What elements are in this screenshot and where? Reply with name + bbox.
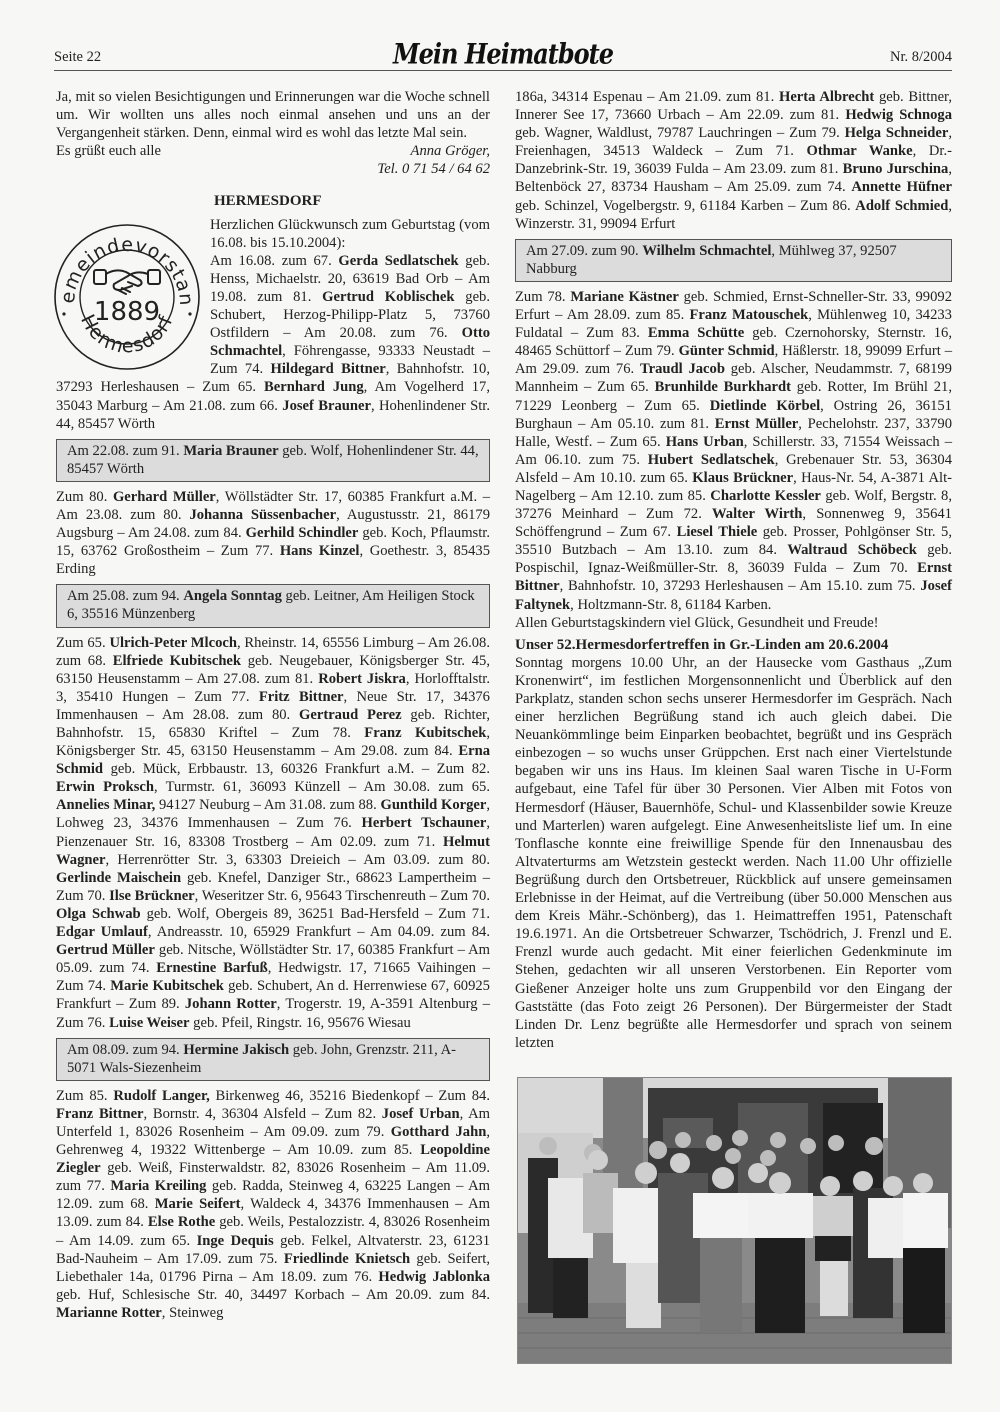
person-name: Ernst Bittner bbox=[515, 560, 952, 594]
person-name: Dietlinde Körbel bbox=[710, 398, 820, 414]
hermesdorf-section: HERMESDORF Gemeindevorstand Hermesdorf bbox=[56, 192, 490, 432]
person-name: Othmar Wanke bbox=[806, 143, 912, 159]
masthead-logo: Mein Heimatbote bbox=[54, 37, 952, 70]
person-name: Hans Urban bbox=[666, 434, 744, 450]
person-name: Helmut Wagner bbox=[56, 834, 490, 868]
person-name: Ernestine Barfuß bbox=[156, 960, 267, 976]
person-name: Franz Kubitschek bbox=[364, 725, 486, 741]
person-name: Erna Schmid bbox=[56, 743, 490, 777]
person-name: Marie Kubitschek bbox=[110, 978, 224, 994]
person-name: Hermine Jakisch bbox=[183, 1042, 289, 1058]
highlight-text: Am 08.09. zum 94. Hermine Jakisch geb. J… bbox=[67, 1041, 479, 1077]
person-name: Brunhilde Burkhardt bbox=[655, 379, 791, 395]
person-name: Franz Matouschek bbox=[689, 307, 808, 323]
highlight-box-maria-brauner: Am 22.08. zum 91. Maria Brauner geb. Wol… bbox=[56, 439, 490, 482]
person-name: Angela Sonntag bbox=[183, 588, 282, 604]
person-name: Luise Weiser bbox=[109, 1015, 189, 1031]
person-name: Herbert Tschauner bbox=[362, 815, 487, 831]
person-name: Klaus Brückner bbox=[692, 470, 793, 486]
person-name: Rudolf Langer, bbox=[113, 1088, 209, 1104]
person-name: Gotthard Jahn bbox=[391, 1124, 487, 1140]
person-name: Waltraud Schöbeck bbox=[787, 542, 917, 558]
person-name: Friedlinde Knietsch bbox=[284, 1251, 410, 1267]
person-name: Traudl Jacob bbox=[640, 361, 725, 377]
signer-name: Anna Gröger, bbox=[411, 142, 490, 160]
right-column: 186a, 34314 Espenau – Am 21.09. zum 81. … bbox=[515, 88, 952, 1052]
person-name: Maria Brauner bbox=[183, 443, 278, 459]
closing-wish: Allen Geburtstagskindern viel Glück, Ges… bbox=[515, 614, 952, 632]
person-name: Walter Wirth bbox=[712, 506, 802, 522]
person-name: Johanna Süssenbacher bbox=[189, 507, 336, 523]
person-name: Gerhard Müller bbox=[113, 489, 216, 505]
person-name: Otto Schmachtel bbox=[210, 325, 490, 359]
person-name: Gertrud Müller bbox=[56, 942, 155, 958]
highlight-text: Am 22.08. zum 91. Maria Brauner geb. Wol… bbox=[67, 442, 479, 478]
person-name: Mariane Kästner bbox=[570, 289, 679, 305]
person-name: Inge Dequis bbox=[197, 1233, 274, 1249]
person-name: Emma Schütte bbox=[648, 325, 744, 341]
person-name: Wilhelm Schmachtel bbox=[642, 243, 771, 259]
birthday-list-6: Zum 78. Mariane Kästner geb. Schmied, Er… bbox=[515, 288, 952, 614]
left-column: Ja, mit so vielen Besichtigungen und Eri… bbox=[56, 88, 490, 1322]
highlight-text: Am 25.08. zum 94. Angela Sonntag geb. Le… bbox=[67, 587, 479, 623]
person-name: Bernhard Jung bbox=[264, 379, 364, 395]
highlight-box-angela-sonntag: Am 25.08. zum 94. Angela Sonntag geb. Le… bbox=[56, 584, 490, 627]
person-name: Hans Kinzel bbox=[280, 543, 360, 559]
signer-phone: Tel. 0 71 54 / 64 62 bbox=[56, 160, 490, 178]
birthday-list-3: Zum 65. Ulrich-Peter Mlcoch, Rheinstr. 1… bbox=[56, 634, 490, 1032]
person-name: Josef Faltynek bbox=[515, 578, 952, 612]
person-name: Ernst Müller bbox=[715, 416, 799, 432]
person-name: Hedwig Jablonka bbox=[378, 1269, 490, 1285]
person-name: Ulrich-Peter Mlcoch bbox=[109, 635, 237, 651]
section-title: HERMESDORF bbox=[214, 192, 490, 210]
person-name: Liesel Thiele bbox=[677, 524, 758, 540]
person-name: Gertraud Perez bbox=[299, 707, 402, 723]
person-name: Marie Seifert bbox=[155, 1196, 241, 1212]
birthday-list-2: Zum 80. Gerhard Müller, Wöllstädter Str.… bbox=[56, 488, 490, 578]
group-photo-image bbox=[518, 1078, 951, 1363]
person-name: Bruno Jurschina bbox=[843, 161, 949, 177]
person-name: Herta Albrecht bbox=[779, 89, 874, 105]
person-name: Gertrud Koblischek bbox=[322, 289, 454, 305]
person-name: Gerlinde Maischein bbox=[56, 870, 181, 886]
article-title: Unser 52.Hermesdorfertreffen in Gr.-Lind… bbox=[515, 636, 952, 654]
birthday-list-4: Zum 85. Rudolf Langer, Birkenweg 46, 352… bbox=[56, 1087, 490, 1322]
person-name: Fritz Bittner bbox=[259, 689, 344, 705]
person-name: Hedwig Schnoga bbox=[845, 107, 952, 123]
person-name: Helga Schneider bbox=[845, 125, 949, 141]
person-name: Annette Hüfner bbox=[851, 179, 952, 195]
person-name: Josef Urban bbox=[382, 1106, 460, 1122]
person-name: Else Rothe bbox=[148, 1214, 215, 1230]
person-name: Marianne Rotter bbox=[56, 1305, 162, 1321]
person-name: Robert Jiskra bbox=[318, 671, 406, 687]
person-name: Gunthild Korger bbox=[380, 797, 486, 813]
signature-row: Es grüßt euch alle Anna Gröger, bbox=[56, 142, 490, 160]
person-name: Elfriede Kubitschek bbox=[113, 653, 241, 669]
person-name: Hubert Sedlatschek bbox=[648, 452, 775, 468]
intro-paragraph: Ja, mit so vielen Besichtigungen und Eri… bbox=[56, 88, 490, 142]
greeting: Es grüßt euch alle bbox=[56, 142, 161, 160]
highlight-box-wilhelm-schmachtel: Am 27.09. zum 90. Wilhelm Schmachtel, Mü… bbox=[515, 239, 952, 282]
person-name: Erwin Proksch bbox=[56, 779, 154, 795]
person-name: Edgar Umlauf bbox=[56, 924, 148, 940]
issue-number: Nr. 8/2004 bbox=[890, 49, 952, 66]
person-name: Leopoldine Ziegler bbox=[56, 1142, 490, 1176]
person-name: Adolf Schmied bbox=[855, 198, 948, 214]
person-name: Josef Brauner bbox=[282, 398, 371, 414]
page-header: Seite 22 Mein Heimatbote Nr. 8/2004 bbox=[54, 30, 952, 71]
person-name: Olga Schwab bbox=[56, 906, 141, 922]
gemeindevorstand-stamp-icon: Gemeindevorstand Hermesdorf 1889 bbox=[52, 222, 202, 372]
person-name: Franz Bittner bbox=[56, 1106, 144, 1122]
person-name: Gerda Sedlatschek bbox=[338, 253, 458, 269]
article-body: Sonntag morgens 10.00 Uhr, an der Hausec… bbox=[515, 654, 952, 1052]
person-name: Günter Schmid bbox=[679, 343, 775, 359]
person-name: Charlotte Kessler bbox=[710, 488, 821, 504]
person-name: Ilse Brückner bbox=[109, 888, 195, 904]
person-name: Annelies Minar, bbox=[56, 797, 155, 813]
birthday-list-5: 186a, 34314 Espenau – Am 21.09. zum 81. … bbox=[515, 88, 952, 233]
person-name: Hildegard Bittner bbox=[271, 361, 386, 377]
svg-text:1889: 1889 bbox=[94, 297, 160, 327]
group-photo bbox=[517, 1077, 952, 1364]
person-name: Maria Kreiling bbox=[110, 1178, 206, 1194]
highlight-text: Am 27.09. zum 90. Wilhelm Schmachtel, Mü… bbox=[526, 242, 941, 278]
highlight-box-hermine-jakisch: Am 08.09. zum 94. Hermine Jakisch geb. J… bbox=[56, 1038, 490, 1081]
person-name: Gerhild Schindler bbox=[246, 525, 359, 541]
person-name: Johann Rotter bbox=[185, 996, 277, 1012]
